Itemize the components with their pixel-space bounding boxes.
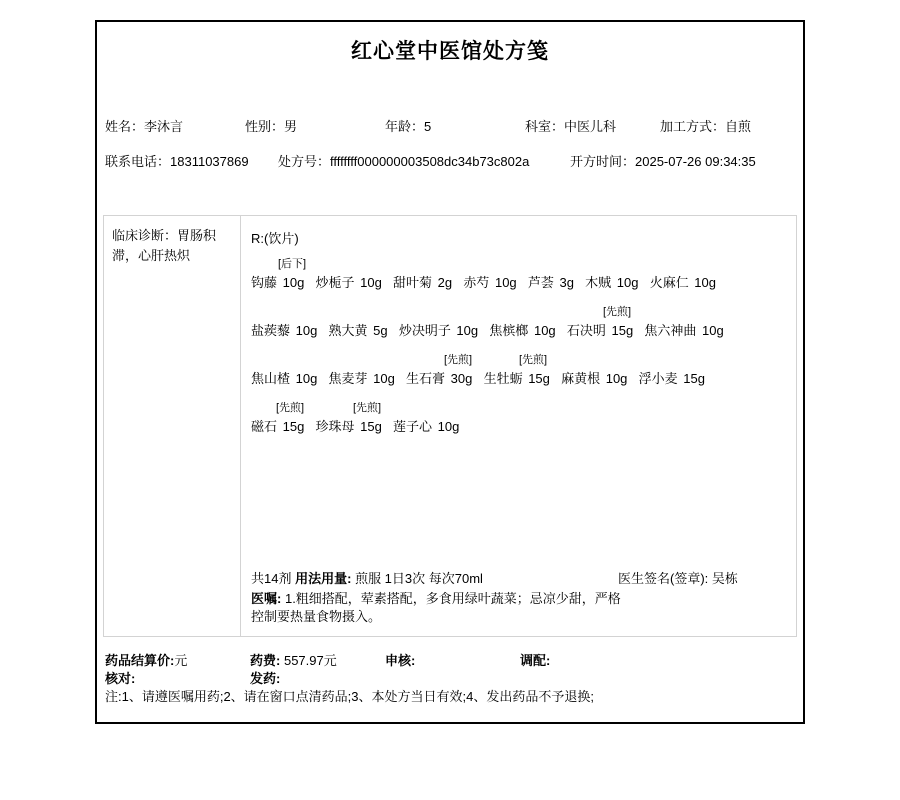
herb-line-4: 磁石 15g 珍珠母 15g 莲子心 10g — [251, 416, 788, 444]
dose-label: 用法用量: — [295, 571, 351, 586]
medical-advice: 医嘱: 1.粗细搭配，荤素搭配，多食用绿叶蔬菜；忌凉少甜，严格控制要热量食物摄入… — [251, 590, 631, 626]
processing-method-value: 自煎 — [725, 119, 751, 134]
department-field: 科室：中医儿科 — [525, 116, 616, 135]
prescription-cell: R:(饮片) [后下] 钩藤 10g 炒栀子 10g 甜叶菊 2g 赤芍 10g… — [241, 216, 796, 636]
decoction-tag-xianjian: [先煎] — [519, 351, 547, 367]
tag-row: [先煎] [先煎] — [251, 396, 788, 416]
patient-name-label: 姓名： — [105, 119, 144, 134]
herb-line-1: 钩藤 10g 炒栀子 10g 甜叶菊 2g 赤芍 10g 芦荟 3g 木贼 10… — [251, 272, 788, 300]
usage-block: 共14剂 用法用量: 煎服 1日3次 每次70ml 医生签名(签章): 吴栋 医… — [251, 568, 788, 626]
age-field: 年龄：5 — [385, 116, 431, 135]
rx-header: R:(饮片) — [251, 228, 788, 246]
page-title: 红心堂中医馆处方笺 — [97, 35, 803, 65]
check-label: 核对: — [105, 668, 135, 687]
audit-label: 申核: — [385, 650, 415, 669]
decoction-tag-xianjian: [先煎] — [444, 351, 472, 367]
dispense-label: 调配: — [520, 650, 550, 669]
patient-name-field: 姓名：李沐言 — [105, 116, 183, 135]
prescription-page: 红心堂中医馆处方笺 姓名：李沐言 性别：男 年龄：5 科室：中医儿科 加工方式：… — [95, 20, 805, 724]
tag-row: [先煎] [先煎] — [251, 348, 788, 368]
gender-label: 性别： — [245, 119, 284, 134]
phone-field: 联系电话：18311037869 — [105, 151, 249, 170]
doctor-signature: 医生签名(签章): 吴栋 — [618, 568, 738, 587]
decoction-tag-houxia: [后下] — [278, 255, 306, 271]
herb-line-3: 焦山楂 10g 焦麦芽 10g 生石膏 30g 生牡蛎 15g 麻黄根 10g … — [251, 368, 788, 396]
doctor-signature-label: 医生签名(签章): — [618, 571, 708, 586]
decoction-tag-xianjian: [先煎] — [353, 399, 381, 415]
dose-value: 煎服 1日3次 每次70ml — [355, 571, 483, 586]
processing-method-label: 加工方式： — [660, 119, 725, 134]
prescription-number-value: ffffffff000000003508dc34b73c802a — [330, 154, 529, 169]
dose-summary: 共14剂 用法用量: 煎服 1日3次 每次70ml 医生签名(签章): 吴栋 — [251, 568, 788, 588]
footer-note: 注:1、请遵医嘱用药;2、请在窗口点清药品;3、本处方当日有效;4、发出药品不予… — [105, 686, 594, 705]
herb-line-2: 盐蒺藜 10g 熟大黄 5g 炒决明子 10g 焦槟榔 10g 石决明 15g … — [251, 320, 788, 348]
diagnosis-cell: 临床诊断：胃肠积滞，心肝热炽 — [104, 216, 241, 636]
diagnosis-label: 临床诊断： — [112, 228, 177, 243]
prescription-time-label: 开方时间： — [570, 154, 635, 169]
advice-label: 医嘱: — [251, 591, 281, 606]
fee-field: 药费: 557.97元 — [250, 650, 337, 669]
settlement-price-label: 药品结算价: — [105, 653, 174, 668]
prescription-number-field: 处方号：ffffffff000000003508dc34b73c802a — [278, 151, 529, 170]
doctor-signature-name: 吴栋 — [712, 571, 738, 586]
advice-text: 1.粗细搭配，荤素搭配，多食用绿叶蔬菜；忌凉少甜，严格控制要热量食物摄入。 — [251, 591, 621, 624]
department-value: 中医儿科 — [564, 119, 616, 134]
gender-value: 男 — [284, 119, 297, 134]
tag-row: [后下] — [251, 252, 788, 272]
phone-value: 18311037869 — [170, 154, 249, 169]
age-label: 年龄： — [385, 119, 424, 134]
dose-total: 共14剂 — [251, 571, 291, 586]
prescription-time-field: 开方时间：2025-07-26 09:34:35 — [570, 151, 756, 170]
department-label: 科室： — [525, 119, 564, 134]
settlement-price-value: 元 — [174, 653, 187, 668]
fee-label: 药费: — [250, 653, 280, 668]
tag-row: [先煎] — [251, 300, 788, 320]
decoction-tag-xianjian: [先煎] — [603, 303, 631, 319]
fee-value: 557.97元 — [284, 653, 337, 668]
issue-label: 发药: — [250, 668, 280, 687]
age-value: 5 — [424, 119, 431, 134]
processing-method-field: 加工方式：自煎 — [660, 116, 751, 135]
phone-label: 联系电话： — [105, 154, 170, 169]
prescription-table: 临床诊断：胃肠积滞，心肝热炽 R:(饮片) [后下] 钩藤 10g 炒栀子 10… — [103, 215, 797, 637]
prescription-number-label: 处方号： — [278, 154, 330, 169]
settlement-price-field: 药品结算价:元 — [105, 650, 187, 669]
decoction-tag-xianjian: [先煎] — [276, 399, 304, 415]
gender-field: 性别：男 — [245, 116, 297, 135]
patient-name-value: 李沐言 — [144, 119, 183, 134]
prescription-time-value: 2025-07-26 09:34:35 — [635, 154, 756, 169]
